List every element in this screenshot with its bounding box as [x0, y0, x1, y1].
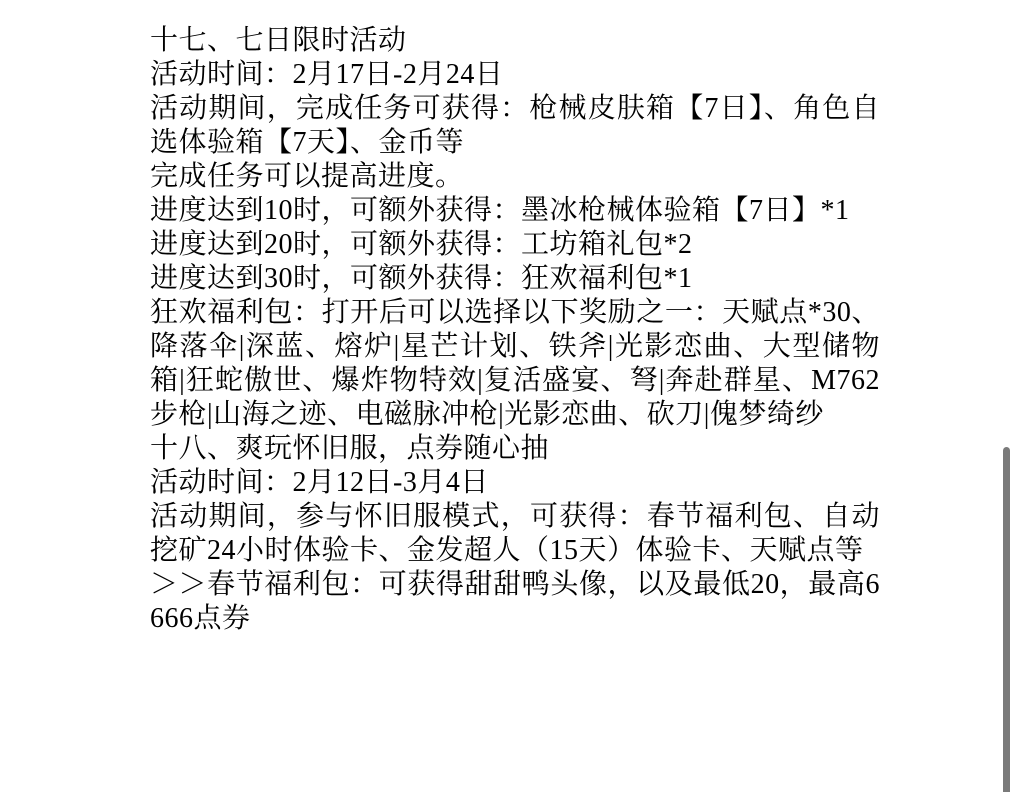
event-18-rewards: 活动期间，参与怀旧服模式，可获得：春节福利包、自动挖矿24小时体验卡、金发超人（… [150, 500, 880, 568]
spring-pack-details: ＞＞春节福利包：可获得甜甜鸭头像，以及最低20，最高6666点券 [150, 568, 880, 636]
event-18-time: 活动时间：2月12日-3月4日 [150, 466, 880, 500]
event-17-time: 活动时间：2月17日-2月24日 [150, 58, 880, 92]
scrollbar-thumb[interactable] [1003, 447, 1010, 792]
event-17-rewards: 活动期间，完成任务可获得：枪械皮肤箱【7日】、角色自选体验箱【7天】、金币等 [150, 92, 880, 160]
event-17-progress-note: 完成任务可以提高进度。 [150, 160, 880, 194]
progress-30-reward: 进度达到30时，可额外获得：狂欢福利包*1 [150, 262, 880, 296]
section-17-heading: 十七、七日限时活动 [150, 24, 880, 58]
section-18-heading: 十八、爽玩怀旧服，点券随心抽 [150, 432, 880, 466]
carnival-pack-details: 狂欢福利包：打开后可以选择以下奖励之一：天赋点*30、降落伞|深蓝、熔炉|星芒计… [150, 296, 880, 432]
progress-20-reward: 进度达到20时，可额外获得：工坊箱礼包*2 [150, 228, 880, 262]
progress-10-reward: 进度达到10时，可额外获得：墨冰枪械体验箱【7日】*1 [150, 194, 880, 228]
document-text-column: 十七、七日限时活动 活动时间：2月17日-2月24日 活动期间，完成任务可获得：… [150, 24, 880, 636]
